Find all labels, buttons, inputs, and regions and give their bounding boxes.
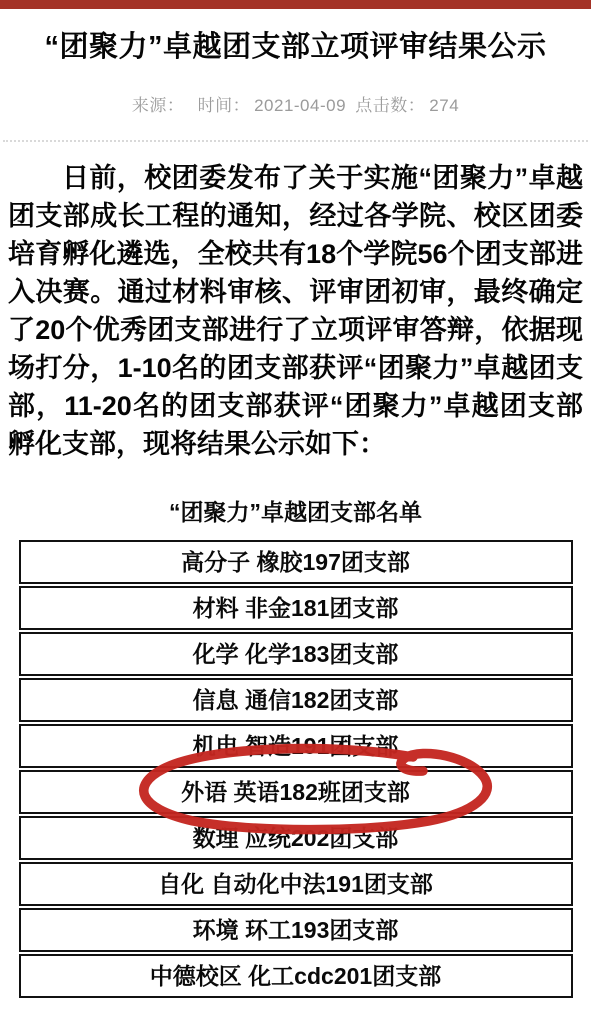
table-row: 高分子 橡胶197团支部	[19, 540, 573, 584]
table-row: 外语 英语182班团支部	[19, 770, 573, 814]
table-row: 化学 化学183团支部	[19, 632, 573, 676]
table-row: 中德校区 化工cdc201团支部	[19, 954, 573, 998]
table-row-label: 自化 自动化中法191团支部	[158, 871, 433, 897]
meta-time-label: 时间：	[198, 96, 251, 115]
branch-table: 高分子 橡胶197团支部 材料 非金181团支部 化学 化学183团支部 信息 …	[19, 540, 573, 998]
table-row: 材料 非金181团支部	[19, 586, 573, 630]
table-row-label: 高分子 橡胶197团支部	[181, 549, 410, 575]
table-row: 机电 智造191团支部	[19, 724, 573, 768]
meta-clicks-value: 274	[429, 96, 459, 115]
table-row: 环境 环工193团支部	[19, 908, 573, 952]
table-row-label: 中德校区 化工cdc201团支部	[150, 963, 441, 989]
top-accent-bar	[0, 0, 591, 9]
table-row-label: 环境 环工193团支部	[193, 917, 399, 943]
table-row-label: 机电 智造191团支部	[193, 733, 399, 759]
table-row-label: 材料 非金181团支部	[193, 595, 399, 621]
article-meta: 来源： 时间：2021-04-09 点击数：274	[0, 91, 591, 116]
table-row-label: 信息 通信182团支部	[193, 687, 399, 713]
table-row: 信息 通信182团支部	[19, 678, 573, 722]
table-row: 自化 自动化中法191团支部	[19, 862, 573, 906]
table-row-label: 数理 应统202团支部	[193, 825, 399, 851]
table-row-label: 化学 化学183团支部	[193, 641, 399, 667]
meta-source-label: 来源：	[132, 96, 185, 115]
meta-clicks-label: 点击数：	[355, 96, 425, 115]
article-paragraph: 日前，校团委发布了关于实施“团聚力”卓越团支部成长工程的通知，经过各学院、校区团…	[8, 159, 583, 463]
dotted-divider	[3, 140, 588, 142]
table-row: 数理 应统202团支部	[19, 816, 573, 860]
table-row-label: 外语 英语182班团支部	[181, 779, 410, 805]
list-title: “团聚力”卓越团支部名单	[0, 494, 591, 527]
meta-time-value: 2021-04-09	[254, 96, 346, 115]
page-title: “团聚力”卓越团支部立项评审结果公示	[0, 24, 591, 65]
